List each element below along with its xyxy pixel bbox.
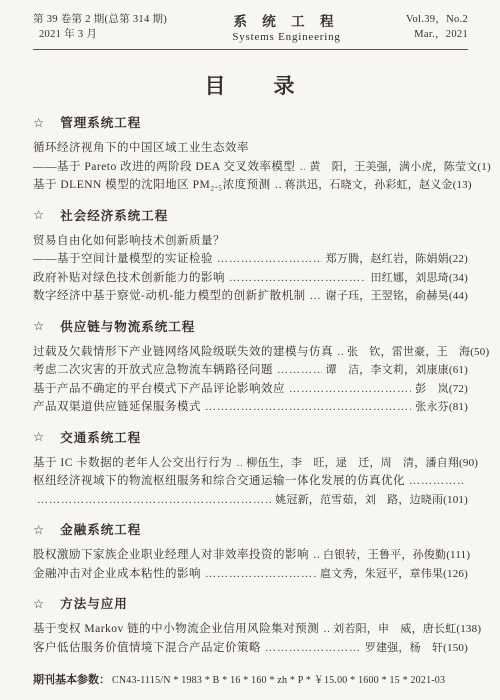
article-list: 过载及欠载情形下产业链网络风险级联失效的建模与仿真 张 钦，雷世豪，王 海(50… bbox=[33, 343, 468, 417]
article-authors-pages: 谢子珏，王翌铭，俞赫昊(44) bbox=[326, 287, 468, 306]
section-header: ☆ 方法与应用 bbox=[33, 594, 468, 612]
article-title: 基于 DLENN 模型的沈阳地区 PM₂.₅浓度预测 bbox=[33, 176, 271, 195]
issue-number: 第 39 卷第 2 期(总第 314 期) bbox=[33, 12, 167, 27]
article-list: 循环经济视角下的中国区域工业生态效率 ——基于 Pareto 改进的两阶段 DE… bbox=[33, 139, 468, 195]
article-title: ——基于空间计量模型的实证检验 bbox=[33, 250, 213, 269]
article-authors-pages: 田红娜，刘思琦(34) bbox=[370, 269, 468, 288]
dot-leader bbox=[37, 491, 271, 510]
toc-page: 第 39 卷第 2 期(总第 314 期) 2021 年 3 月 系 统 工 程… bbox=[0, 0, 500, 700]
dot-leader bbox=[217, 250, 322, 269]
journal-title-en: Systems Engineering bbox=[232, 31, 340, 43]
star-icon: ☆ bbox=[33, 318, 45, 333]
dot-leader bbox=[236, 454, 242, 473]
article-entry: 数字经济中基于察觉-动机-能力模型的创新扩散机制 谢子珏，王翌铭，俞赫昊(44) bbox=[33, 287, 468, 306]
article-entry: 产品双渠道供应链延保服务模式 张永芬(81) bbox=[33, 398, 468, 417]
star-icon: ☆ bbox=[33, 207, 45, 222]
dot-leader bbox=[205, 565, 316, 584]
article-title: 基于产品不确定的平台模式下产品评论影响效应 bbox=[33, 380, 285, 399]
dot-leader bbox=[310, 287, 322, 306]
article-row: 基于 DLENN 模型的沈阳地区 PM₂.₅浓度预测 蒋洪迅，石晓文，孙彩虹，赵… bbox=[33, 176, 468, 195]
article-authors-pages: 蒋洪迅，石晓文，孙彩虹，赵义金(13) bbox=[285, 176, 472, 195]
article-list: 贸易自由化如何影响技术创新质量？ ——基于空间计量模型的实证检验 郑万腾，赵红岩… bbox=[33, 232, 468, 306]
article-authors-pages: 罗建强，杨 轩(150) bbox=[365, 639, 468, 658]
article-entry: 基于变权 Markov 链的中小物流企业信用风险集对预测 刘若阳，申 威，唐长虹… bbox=[33, 620, 468, 639]
dot-leader bbox=[323, 620, 329, 639]
article-title: 股权激励下家族企业职业经理人对非效率投资的影响 bbox=[33, 546, 309, 565]
section-title: 方法与应用 bbox=[60, 594, 128, 612]
section-title: 社会经济系统工程 bbox=[60, 206, 168, 224]
section-title: 金融系统工程 bbox=[60, 520, 141, 538]
volume-month: Mar.，2021 bbox=[406, 27, 468, 42]
article-row: 数字经济中基于察觉-动机-能力模型的创新扩散机制 谢子珏，王翌铭，俞赫昊(44) bbox=[33, 287, 468, 306]
journal-basic-parameters: 期刊基本参数： CN43-1115/N * 1983 * B * 16 * 16… bbox=[33, 671, 470, 687]
article-row: 基于变权 Markov 链的中小物流企业信用风险集对预测 刘若阳，申 威，唐长虹… bbox=[33, 620, 468, 639]
article-title-line: 贸易自由化如何影响技术创新质量？ bbox=[33, 232, 468, 251]
article-title: 基于变权 Markov 链的中小物流企业信用风险集对预测 bbox=[33, 620, 319, 639]
article-authors-pages: 黄 阳，王美强，满小虎，陈莹文(1) bbox=[309, 158, 490, 177]
article-entry: 金融冲击对企业成本粘性的影响 扈文秀，朱冠平，章伟果(126) bbox=[33, 565, 468, 584]
article-title: 数字经济中基于察觉-动机-能力模型的创新扩散机制 bbox=[33, 287, 306, 306]
toc-section: ☆ 交通系统工程 基于 IC 卡数据的老年人公交出行行为 柳伍生，李 旺，逯 迁… bbox=[33, 428, 468, 510]
article-entry: 贸易自由化如何影响技术创新质量？ ——基于空间计量模型的实证检验 郑万腾，赵红岩… bbox=[33, 232, 468, 269]
section-title: 供应链与物流系统工程 bbox=[60, 317, 195, 335]
article-row: 枢纽经济视域下的物流枢纽服务和综合交通运输一体化发展的仿真优化 bbox=[33, 472, 468, 491]
article-authors-pages: 扈文秀，朱冠平，章伟果(126) bbox=[320, 565, 468, 584]
article-authors-pages: 谭 洁，李文莉，刘康康(61) bbox=[326, 361, 468, 380]
article-title-line: 循环经济视角下的中国区域工业生态效率 bbox=[33, 139, 468, 158]
dot-leader bbox=[229, 269, 366, 288]
article-title: ——基于 Pareto 改进的两阶段 DEA 交叉效率模型 bbox=[33, 158, 295, 177]
article-title: 产品双渠道供应链延保服务模式 bbox=[33, 398, 201, 417]
section-title: 管理系统工程 bbox=[60, 113, 141, 131]
dot-leader bbox=[313, 546, 319, 565]
article-row: 考虑二次灾害的开放式应急物流车辆路径问题 谭 洁，李文莉，刘康康(61) bbox=[33, 361, 468, 380]
article-row: 金融冲击对企业成本粘性的影响 扈文秀，朱冠平，章伟果(126) bbox=[33, 565, 468, 584]
article-title: 客户低估服务价值情境下混合产品定价策略 bbox=[33, 639, 261, 658]
volume-info: Vol.39，No.2 Mar.，2021 bbox=[406, 12, 468, 42]
section-header: ☆ 交通系统工程 bbox=[33, 428, 468, 446]
article-row: ——基于空间计量模型的实证检验 郑万腾，赵红岩，陈娟娟(22) bbox=[33, 250, 468, 269]
article-entry: 考虑二次灾害的开放式应急物流车辆路径问题 谭 洁，李文莉，刘康康(61) bbox=[33, 361, 468, 380]
star-icon: ☆ bbox=[33, 522, 45, 537]
article-authors-pages: 张永芬(81) bbox=[415, 398, 468, 417]
article-entry: 过载及欠载情形下产业链网络风险级联失效的建模与仿真 张 钦，雷世豪，王 海(50… bbox=[33, 343, 468, 362]
toc-section: ☆ 社会经济系统工程 贸易自由化如何影响技术创新质量？ ——基于空间计量模型的实… bbox=[33, 206, 468, 306]
article-title: 枢纽经济视域下的物流枢纽服务和综合交通运输一体化发展的仿真优化 bbox=[33, 472, 405, 491]
section-header: ☆ 金融系统工程 bbox=[33, 520, 468, 538]
toc-section: ☆ 供应链与物流系统工程 过载及欠载情形下产业链网络风险级联失效的建模与仿真 张… bbox=[33, 317, 468, 417]
section-header: ☆ 社会经济系统工程 bbox=[33, 206, 468, 224]
article-title: 过载及欠载情形下产业链网络风险级联失效的建模与仿真 bbox=[33, 343, 333, 362]
dot-leader bbox=[205, 398, 411, 417]
page-title: 目 录 bbox=[33, 70, 468, 100]
star-icon: ☆ bbox=[33, 429, 45, 444]
article-row: 客户低估服务价值情境下混合产品定价策略 罗建强，杨 轩(150) bbox=[33, 639, 468, 658]
article-row: 股权激励下家族企业职业经理人对非效率投资的影响 白银转，王鲁平，孙俊勤(111) bbox=[33, 546, 468, 565]
article-entry: 政府补贴对绿色技术创新能力的影响 田红娜，刘思琦(34) bbox=[33, 269, 468, 288]
footer-value: CN43-1115/N * 1983 * B * 16 * 160 * zh *… bbox=[110, 671, 445, 686]
star-icon: ☆ bbox=[33, 115, 45, 130]
article-entry: 股权激励下家族企业职业经理人对非效率投资的影响 白银转，王鲁平，孙俊勤(111) bbox=[33, 546, 468, 565]
toc-section: ☆ 方法与应用 基于变权 Markov 链的中小物流企业信用风险集对预测 刘若阳… bbox=[33, 594, 468, 657]
journal-title-cn: 系 统 工 程 bbox=[232, 10, 340, 30]
article-authors-pages: 刘若阳，申 威，唐长虹(138) bbox=[333, 620, 481, 639]
article-authors-pages: 柳伍生，李 旺，逯 迁，周 清，潘自翔(90) bbox=[246, 454, 478, 473]
article-title: 考虑二次灾害的开放式应急物流车辆路径问题 bbox=[33, 361, 273, 380]
article-authors-pages: 张 钦，雷世豪，王 海(50) bbox=[347, 343, 489, 362]
article-entry: 枢纽经济视域下的物流枢纽服务和综合交通运输一体化发展的仿真优化 姚冠新，范雪茹，… bbox=[33, 472, 468, 509]
article-list: 基于变权 Markov 链的中小物流企业信用风险集对预测 刘若阳，申 威，唐长虹… bbox=[33, 620, 468, 657]
article-title: 基于 IC 卡数据的老年人公交出行行为 bbox=[33, 454, 232, 473]
dot-leader bbox=[299, 158, 305, 177]
article-authors-pages: 郑万腾，赵红岩，陈娟娟(22) bbox=[326, 250, 468, 269]
issue-date: 2021 年 3 月 bbox=[33, 27, 167, 42]
article-entry: 基于 IC 卡数据的老年人公交出行行为 柳伍生，李 旺，逯 迁，周 清，潘自翔(… bbox=[33, 454, 468, 473]
article-list: 股权激励下家族企业职业经理人对非效率投资的影响 白银转，王鲁平，孙俊勤(111)… bbox=[33, 546, 468, 583]
article-row: 过载及欠载情形下产业链网络风险级联失效的建模与仿真 张 钦，雷世豪，王 海(50… bbox=[33, 343, 468, 362]
article-entry: 客户低估服务价值情境下混合产品定价策略 罗建强，杨 轩(150) bbox=[33, 639, 468, 658]
volume-number: Vol.39，No.2 bbox=[406, 12, 468, 27]
sections: ☆ 管理系统工程 循环经济视角下的中国区域工业生态效率 ——基于 Pareto … bbox=[33, 113, 468, 657]
journal-header: 第 39 卷第 2 期(总第 314 期) 2021 年 3 月 系 统 工 程… bbox=[33, 10, 468, 50]
section-header: ☆ 供应链与物流系统工程 bbox=[33, 317, 468, 335]
dot-leader bbox=[275, 176, 281, 195]
article-entry: 基于 DLENN 模型的沈阳地区 PM₂.₅浓度预测 蒋洪迅，石晓文，孙彩虹，赵… bbox=[33, 176, 468, 195]
star-icon: ☆ bbox=[33, 596, 45, 611]
dot-leader bbox=[277, 361, 322, 380]
issue-info: 第 39 卷第 2 期(总第 314 期) 2021 年 3 月 bbox=[33, 12, 167, 42]
article-row: 基于 IC 卡数据的老年人公交出行行为 柳伍生，李 旺，逯 迁，周 清，潘自翔(… bbox=[33, 454, 468, 473]
toc-section: ☆ 管理系统工程 循环经济视角下的中国区域工业生态效率 ——基于 Pareto … bbox=[33, 113, 468, 195]
section-title: 交通系统工程 bbox=[60, 428, 141, 446]
article-title: 金融冲击对企业成本粘性的影响 bbox=[33, 565, 201, 584]
article-entry: 循环经济视角下的中国区域工业生态效率 ——基于 Pareto 改进的两阶段 DE… bbox=[33, 139, 468, 176]
dot-leader bbox=[409, 472, 464, 491]
dot-leader bbox=[265, 639, 361, 658]
journal-title-block: 系 统 工 程 Systems Engineering bbox=[232, 10, 340, 43]
article-row: 政府补贴对绿色技术创新能力的影响 田红娜，刘思琦(34) bbox=[33, 269, 468, 288]
dot-leader bbox=[337, 343, 343, 362]
article-row: 产品双渠道供应链延保服务模式 张永芬(81) bbox=[33, 398, 468, 417]
toc-section: ☆ 金融系统工程 股权激励下家族企业职业经理人对非效率投资的影响 白银转，王鲁平… bbox=[33, 520, 468, 583]
article-authors-pages: 彭 岚(72) bbox=[415, 380, 468, 399]
article-row: ——基于 Pareto 改进的两阶段 DEA 交叉效率模型 黄 阳，王美强，满小… bbox=[33, 158, 468, 177]
article-authors-pages: 白银转，王鲁平，孙俊勤(111) bbox=[323, 546, 470, 565]
article-list: 基于 IC 卡数据的老年人公交出行行为 柳伍生，李 旺，逯 迁，周 清，潘自翔(… bbox=[33, 454, 468, 510]
article-authors-pages: 姚冠新，范雪茹，刘 路，边晓雨(101) bbox=[275, 491, 468, 510]
article-entry: 基于产品不确定的平台模式下产品评论影响效应 彭 岚(72) bbox=[33, 380, 468, 399]
section-header: ☆ 管理系统工程 bbox=[33, 113, 468, 131]
article-row-continued: 姚冠新，范雪茹，刘 路，边晓雨(101) bbox=[33, 491, 468, 510]
footer-label: 期刊基本参数： bbox=[33, 671, 110, 687]
article-row: 基于产品不确定的平台模式下产品评论影响效应 彭 岚(72) bbox=[33, 380, 468, 399]
dot-leader bbox=[289, 380, 411, 399]
article-title: 政府补贴对绿色技术创新能力的影响 bbox=[33, 269, 225, 288]
